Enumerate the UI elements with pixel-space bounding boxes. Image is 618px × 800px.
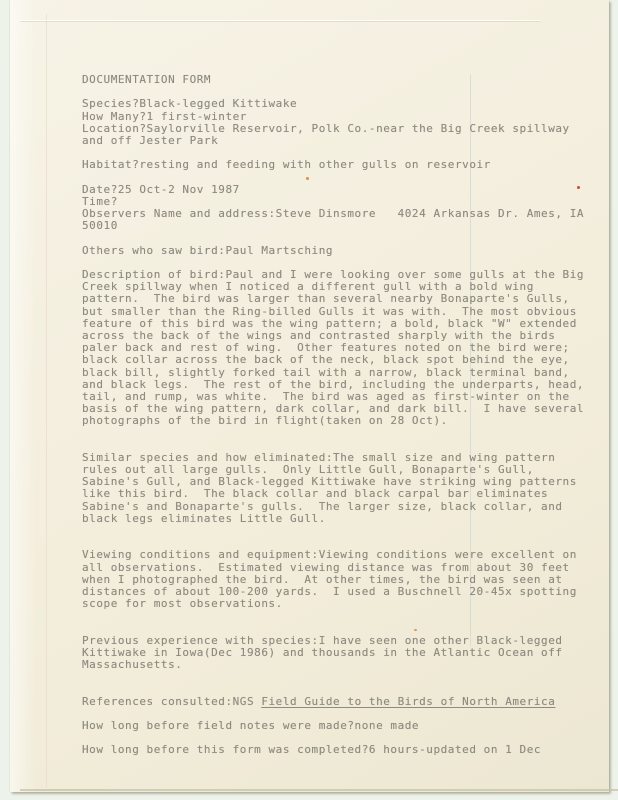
typed-line: but smaller than the Ring-billed Gulls i… <box>82 306 592 318</box>
paragraph-description: Description of bird:Paul and I were look… <box>82 269 592 427</box>
typed-line: Others who saw bird:Paul Martsching <box>82 245 592 257</box>
typed-line: Date?25 Oct-2 Nov 1987 <box>82 184 592 196</box>
paragraph-references: References consulted:NGS Field Guide to … <box>82 696 592 708</box>
typed-line: black legs eliminates Little Gull. <box>82 513 592 525</box>
typed-line: photographs of the bird in flight(taken … <box>82 415 592 427</box>
typed-line: Massachusetts. <box>82 659 592 671</box>
paragraph-viewing-conditions: Viewing conditions and equipment:Viewing… <box>82 549 592 610</box>
paragraph-species-header: Species?Black-legged KittiwakeHow Many?1… <box>82 98 592 147</box>
typed-line: and off Jester Park <box>82 135 592 147</box>
typed-line: How Many?1 first-winter <box>82 111 592 123</box>
typed-line: pattern. The bird was larger than severa… <box>82 293 592 305</box>
typed-line: all observations. Estimated viewing dist… <box>82 562 592 574</box>
typed-line: Viewing conditions and equipment:Viewing… <box>82 549 592 561</box>
underlined-book-title: Field Guide to the Birds of North Americ… <box>261 695 555 708</box>
paper-fold-line <box>20 20 540 21</box>
paragraph-others-who-saw: Others who saw bird:Paul Martsching <box>82 245 592 257</box>
paragraph-field-notes: How long before field notes were made?no… <box>82 720 592 732</box>
typed-text: DOCUMENTATION FORMSpecies?Black-legged K… <box>82 74 592 757</box>
paper-crease-left <box>46 14 47 788</box>
paragraph-similar-species: Similar species and how eliminated:The s… <box>82 452 592 525</box>
typed-line: DOCUMENTATION FORM <box>82 74 592 86</box>
typed-line: 50010 <box>82 220 592 232</box>
typed-line: Species?Black-legged Kittiwake <box>82 98 592 110</box>
paragraph-habitat: Habitat?resting and feeding with other g… <box>82 159 592 171</box>
paragraph-previous-experience: Previous experience with species:I have … <box>82 635 592 672</box>
typed-line: References consulted:NGS Field Guide to … <box>82 696 592 708</box>
typed-line: Habitat?resting and feeding with other g… <box>82 159 592 171</box>
typed-line: scope for most observations. <box>82 598 592 610</box>
typed-line: How long before this form was completed?… <box>82 744 592 756</box>
paragraph-date-observers: Date?25 Oct-2 Nov 1987Time?Observers Nam… <box>82 184 592 233</box>
typed-line: black collar across the back of the neck… <box>82 354 592 366</box>
typed-line: like this bird. The black collar and bla… <box>82 488 592 500</box>
typed-line: How long before field notes were made?no… <box>82 720 592 732</box>
typed-line: Sabine's and Bonaparte's gulls. The larg… <box>82 501 592 513</box>
paragraph-title: DOCUMENTATION FORM <box>82 74 592 86</box>
references-label: References consulted:NGS <box>82 695 261 708</box>
paragraph-form-completed: How long before this form was completed?… <box>82 744 592 756</box>
paper-left-highlight <box>10 0 36 792</box>
typed-line: black bill, slightly forked tail with a … <box>82 367 592 379</box>
paper-bottom-edge <box>20 789 618 791</box>
document-scan: DOCUMENTATION FORMSpecies?Black-legged K… <box>0 0 618 800</box>
typed-line: Observers Name and address:Steve Dinsmor… <box>82 208 592 220</box>
